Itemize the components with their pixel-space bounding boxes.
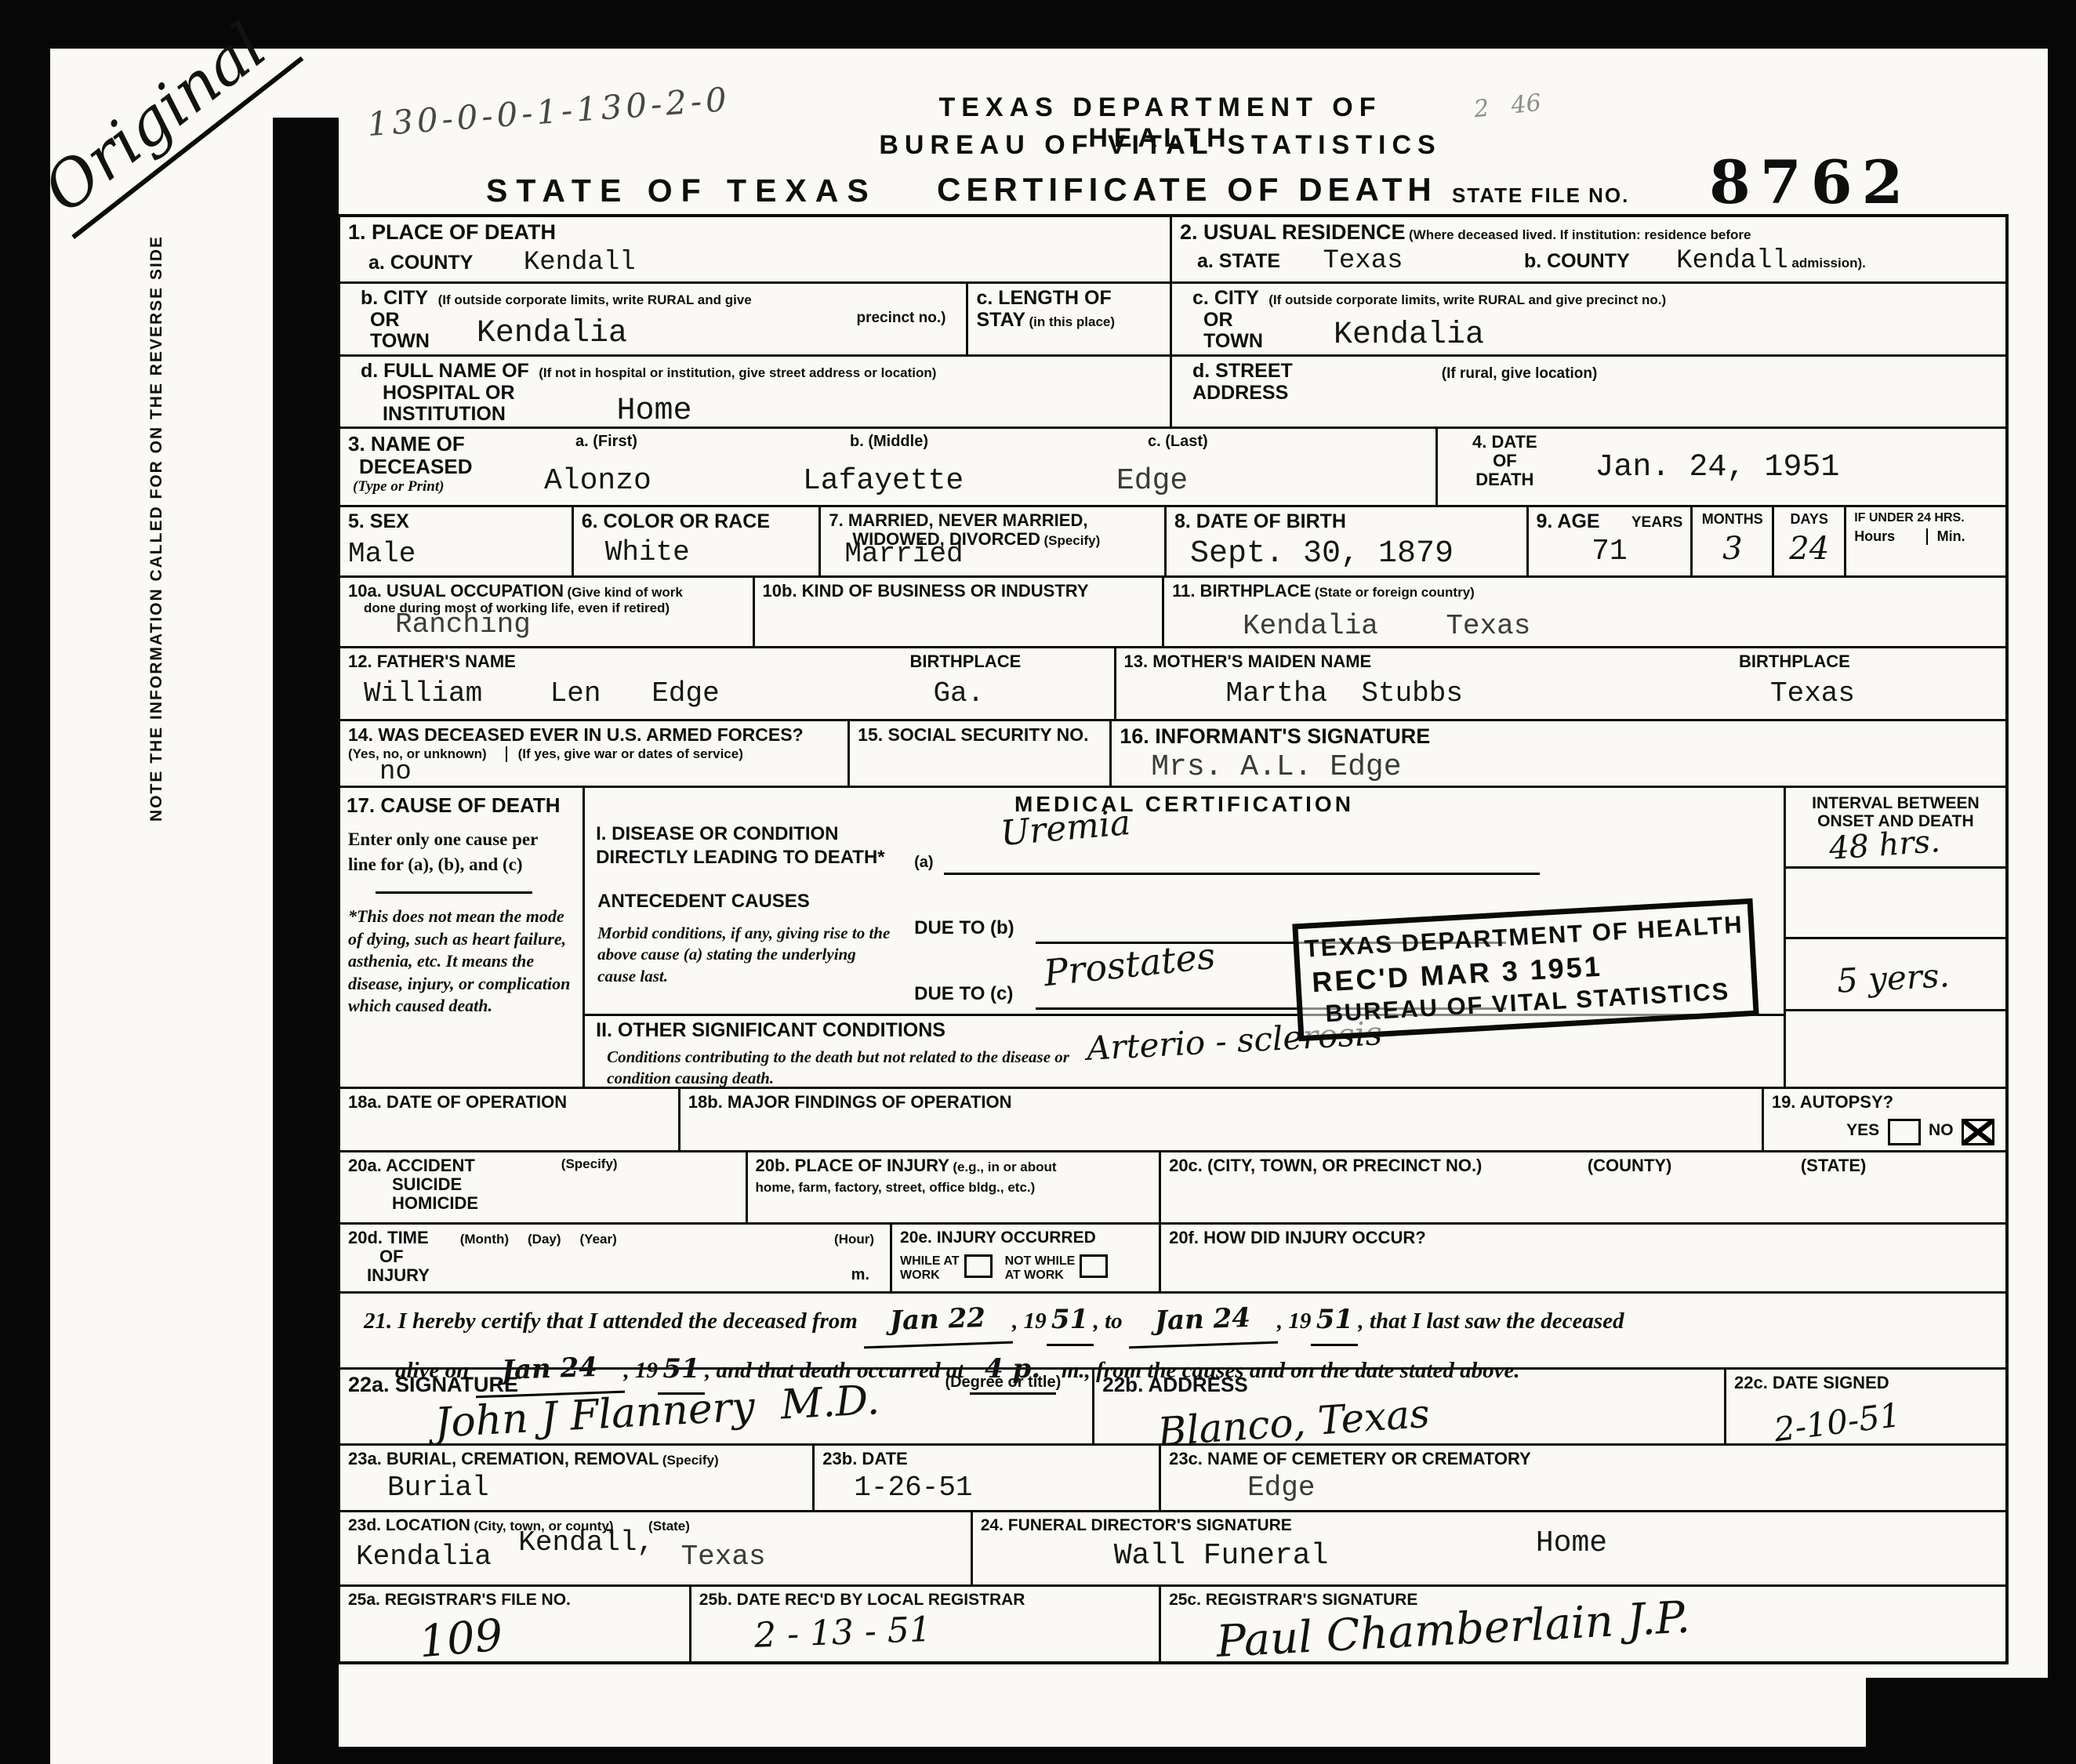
field-registrar-file-no: 25a. REGISTRAR'S FILE NO. 109 <box>340 1587 689 1661</box>
day-hint: (Day) <box>528 1232 561 1247</box>
last-name-label: c. (Last) <box>1148 433 1428 451</box>
field-street-address: d. STREET ADDRESS (If rural, give locati… <box>1170 357 2005 426</box>
date-signed-value: 2-10-51 <box>1772 1384 1999 1449</box>
race-value: White <box>605 536 811 568</box>
sex-label: 5. SEX <box>348 510 409 532</box>
hospital-label2: HOSPITAL OR <box>383 383 515 405</box>
scanned-death-certificate: Original NOTE THE INFORMATION CALLED FOR… <box>0 0 2076 1764</box>
field-occupation: 10a. USUAL OCCUPATION (Give kind of work… <box>340 578 753 646</box>
field-age-months: MONTHS 3 <box>1690 507 1772 575</box>
name-title2: DECEASED <box>359 456 544 478</box>
field-date-of-birth: 8. DATE OF BIRTH Sept. 30, 1879 <box>1164 507 1526 575</box>
field-date-of-operation: 18a. DATE OF OPERATION <box>340 1089 678 1150</box>
armed-forces-hint2: (If yes, give war or dates of service) <box>506 746 743 762</box>
city-hint: (If outside corporate limits, write RURA… <box>438 292 752 307</box>
cause-a-line <box>944 873 1540 875</box>
field-cause-of-death-notes: 17. CAUSE OF DEATH Enter only one cause … <box>340 788 583 1087</box>
header-state-of-texas: STATE OF TEXAS <box>486 172 877 209</box>
field-interval: INTERVAL BETWEEN ONSET AND DEATH 48 hrs.… <box>1784 788 2005 1087</box>
dob-value: Sept. 30, 1879 <box>1190 536 1519 572</box>
film-edge-left <box>0 0 50 1764</box>
cause-note2: *This does not mean the mode of dying, s… <box>348 906 577 1018</box>
hospital-label: d. FULL NAME OF <box>361 360 529 382</box>
field-age-days: DAYS 24 <box>1772 507 1844 575</box>
residence-state-value: Texas <box>1323 246 1403 276</box>
father-name-value: William Len Edge <box>364 677 910 710</box>
residence-town-label: TOWN <box>1203 331 1263 353</box>
how-injury-label: 20f. HOW DID INJURY OCCUR? <box>1169 1228 1426 1247</box>
cert-text-3: , to <box>1094 1308 1123 1334</box>
burial-date-label: 23b. DATE <box>822 1449 907 1468</box>
accident-hint: (Specify) <box>561 1156 618 1175</box>
street-label1: d. STREET <box>1192 361 1293 383</box>
field-date-of-death: 4. DATE OF DEATH Jan. 24, 1951 <box>1435 429 2005 505</box>
date-of-operation-label: 18a. DATE OF OPERATION <box>348 1092 567 1112</box>
or-label: OR <box>370 310 430 332</box>
occupation-hint1: (Give kind of work <box>568 585 683 600</box>
funeral-director-value: Wall Funeral <box>1114 1539 1329 1573</box>
armed-forces-label: 14. WAS DECEASED EVER IN U.S. ARMED FORC… <box>348 724 804 745</box>
father-birthplace-value: Ga. <box>934 677 1106 710</box>
field-color-or-race: 6. COLOR OR RACE White <box>572 507 819 575</box>
field-age-years: 9. AGE YEARS 71 <box>1526 507 1691 575</box>
cause-note1b: line for (a), (b), and (c) <box>348 854 574 877</box>
field-date-received: 25b. DATE REC'D BY LOCAL REGISTRAR 2 - 1… <box>689 1587 1159 1661</box>
field-place-of-injury: 20b. PLACE OF INJURY (e.g., in or about … <box>746 1152 1160 1222</box>
field-accident-suicide-homicide: 20a. ACCIDENT (Specify) SUICIDE HOMICIDE <box>340 1152 746 1222</box>
hospital-hint: (If not in hospital or institution, give… <box>539 365 936 380</box>
cert-text-1: 21. I hereby certify that I attended the… <box>364 1308 858 1334</box>
under-24-label: IF UNDER 24 HRS. <box>1854 511 1964 524</box>
funeral-home-value: Home <box>1536 1526 1607 1560</box>
field-usual-residence: 2. USUAL RESIDENCE (Where deceased lived… <box>1170 217 2005 281</box>
cause-a-label: (a) <box>914 854 933 872</box>
age-years-label: YEARS <box>1631 514 1682 533</box>
interval-label1: INTERVAL BETWEEN <box>1786 794 2005 812</box>
location-city-value: Kendalia <box>356 1541 492 1573</box>
hospital-value: Home <box>617 394 692 429</box>
attended-to-year: 51 <box>1311 1297 1358 1346</box>
residence-county-label: b. COUNTY <box>1524 250 1630 272</box>
field-registrar-signature: 25c. REGISTRAR'S SIGNATURE Paul Chamberl… <box>1159 1587 2005 1661</box>
injury-county-label: (COUNTY) <box>1588 1156 1672 1175</box>
field-ssn: 15. SOCIAL SECURITY NO. <box>847 721 1109 786</box>
residence-county-value: Kendall <box>1676 246 1788 276</box>
state-file-number: 8762 <box>1709 147 1913 217</box>
m-label: m. <box>851 1266 869 1285</box>
street-label2: ADDRESS <box>1192 383 1293 405</box>
field-physician-signature: 22a. SIGNATURE (Degree or title) John J … <box>340 1370 1092 1443</box>
town-label: TOWN <box>370 331 430 353</box>
field-how-injury-occurred: 20f. HOW DID INJURY OCCUR? <box>1159 1225 2005 1291</box>
field-length-of-stay: c. LENGTH OF STAY (in this place) <box>966 284 1170 354</box>
mother-name-value: Martha Stubbs <box>1226 677 1739 710</box>
residence-or-label: OR <box>1203 310 1263 332</box>
at-work-label: AT WORK <box>1005 1269 1076 1283</box>
birthplace-hint: (State or foreign country) <box>1315 585 1475 600</box>
place-of-injury-hint2: home, farm, factory, street, office bldg… <box>756 1180 1152 1196</box>
field-autopsy: 19. AUTOPSY? YES NO <box>1762 1089 2005 1150</box>
other-conditions-note: Conditions contributing to the death but… <box>607 1047 1093 1090</box>
film-edge-right <box>2048 0 2076 1764</box>
father-birthplace-label: BIRTHPLACE <box>910 652 1022 671</box>
major-findings-label: 18b. MAJOR FINDINGS OF OPERATION <box>688 1092 1012 1112</box>
interval-c-value: 5 yers. <box>1836 956 1951 1000</box>
due-to-c-label: DUE TO (c) <box>914 984 1013 1004</box>
signature-label: 22a. SIGNATURE <box>348 1374 518 1397</box>
antecedent-title: ANTECEDENT CAUSES <box>597 891 810 912</box>
name-subtitle: (Type or Print) <box>353 478 444 495</box>
field-armed-forces: 14. WAS DECEASED EVER IN U.S. ARMED FORC… <box>340 721 847 786</box>
field-marital-status: 7. MARRIED, NEVER MARRIED, WIDOWED, DIVO… <box>818 507 1164 575</box>
month-hint: (Month) <box>460 1232 509 1247</box>
industry-label: 10b. KIND OF BUSINESS OR INDUSTRY <box>763 581 1089 601</box>
work-label: WORK <box>900 1269 960 1283</box>
birthplace-value: Kendalia Texas <box>1243 610 1998 642</box>
hour-hint: (Hour) <box>834 1232 874 1247</box>
field-name-of-deceased: 3. NAME OF DECEASED (Type or Print) a. (… <box>340 429 1435 505</box>
age-days-value: 24 <box>1782 531 1836 567</box>
field-industry: 10b. KIND OF BUSINESS OR INDUSTRY <box>753 578 1163 646</box>
age-years-value: 71 <box>1537 535 1683 568</box>
armed-forces-hint1: (Yes, no, or unknown) <box>348 746 487 762</box>
age-months-label: MONTHS <box>1702 511 1763 527</box>
while-at-work-checkbox <box>964 1254 993 1278</box>
stay-label: c. LENGTH OF <box>976 287 1111 309</box>
while-at-label: WHILE AT <box>900 1254 960 1269</box>
field-funeral-director: 24. FUNERAL DIRECTOR'S SIGNATURE Wall Fu… <box>971 1512 2005 1584</box>
autopsy-no-checkbox <box>1962 1119 1994 1145</box>
age-days-label: DAYS <box>1791 511 1828 527</box>
field-hospital: d. FULL NAME OF (If not in hospital or i… <box>340 357 1170 426</box>
autopsy-yes-label: YES <box>1846 1121 1879 1139</box>
first-name-value: Alonzo <box>544 464 803 498</box>
disease-label2: DIRECTLY LEADING TO DEATH* <box>596 848 884 868</box>
informant-label: 16. INFORMANT'S SIGNATURE <box>1120 724 1430 748</box>
cert-text-4: , 19 <box>1277 1308 1312 1334</box>
header-bureau: BUREAU OF VITAL STATISTICS <box>878 130 1443 161</box>
hours-label: Hours <box>1854 528 1925 545</box>
county-label: a. COUNTY <box>368 252 473 274</box>
date-received-label: 25b. DATE REC'D BY LOCAL REGISTRAR <box>699 1591 1025 1609</box>
place-of-injury-hint1: (e.g., in or about <box>953 1160 1056 1174</box>
cert-text-2: , 19 <box>1012 1308 1047 1334</box>
residence-state-label: a. STATE <box>1197 250 1280 272</box>
field-mother: 13. MOTHER'S MAIDEN NAME Martha Stubbs B… <box>1114 648 2005 719</box>
other-conditions-title: II. OTHER SIGNIFICANT CONDITIONS <box>596 1020 945 1042</box>
field-injury-location: 20c. (CITY, TOWN, OR PRECINCT NO.) (COUN… <box>1159 1152 2005 1222</box>
name-title1: 3. NAME OF <box>348 433 544 456</box>
residence-city-value: Kendalia <box>1334 318 1484 353</box>
attended-from-date: Jan 22 <box>862 1294 1013 1348</box>
cert-text-5: , that I last saw the deceased <box>1358 1308 1624 1334</box>
residence-city-label: c. CITY <box>1192 287 1259 309</box>
city-value: Kendalia <box>477 316 627 351</box>
not-while-at-work-checkbox <box>1080 1254 1108 1278</box>
disease-label1: I. DISEASE OR CONDITION <box>596 824 838 844</box>
cemetery-value: Edge <box>1247 1472 1998 1504</box>
last-name-value: Edge <box>1116 464 1428 498</box>
field-cemetery: 23c. NAME OF CEMETERY OR CREMATORY Edge <box>1159 1446 2005 1510</box>
ssn-label: 15. SOCIAL SECURITY NO. <box>858 724 1088 745</box>
attended-to-date: Jan 24 <box>1127 1294 1278 1348</box>
location-state-value: Texas <box>681 1541 766 1573</box>
location-label: 23d. LOCATION <box>348 1516 470 1534</box>
burial-hint: (Specify) <box>662 1453 719 1468</box>
place-of-injury-label: 20b. PLACE OF INJURY <box>756 1156 949 1175</box>
residence-city-hint: (If outside corporate limits, write RURA… <box>1268 292 1666 307</box>
usual-residence-title: 2. USUAL RESIDENCE <box>1180 220 1406 244</box>
field-sex: 5. SEX Male <box>340 507 572 575</box>
birthplace-label: 11. BIRTHPLACE <box>1172 581 1311 601</box>
county-value: Kendall <box>524 248 636 278</box>
injury-state-label: (STATE) <box>1801 1156 1867 1175</box>
burial-label: 23a. BURIAL, CREMATION, REMOVAL <box>348 1449 659 1468</box>
dod-label1: 4. DATE <box>1446 433 1563 452</box>
header-certificate-of-death: CERTIFICATE OF DEATH <box>937 171 1437 209</box>
city-hint2: precinct no.) <box>856 310 945 327</box>
field-place-of-death: 1. PLACE OF DEATH a. COUNTY Kendall <box>340 217 1170 281</box>
place-of-death-title: 1. PLACE OF DEATH <box>348 220 556 244</box>
injury-city-label: 20c. (CITY, TOWN, OR PRECINCT NO.) <box>1169 1156 1482 1175</box>
registrar-signature-label: 25c. REGISTRAR'S SIGNATURE <box>1169 1591 1417 1609</box>
homicide-label: HOMICIDE <box>392 1194 738 1213</box>
cause-of-death-title: 17. CAUSE OF DEATH <box>347 793 561 817</box>
cause-note-divider <box>376 891 532 894</box>
antecedent-note: Morbid conditions, if any, giving rise t… <box>597 923 895 987</box>
dob-label: 8. DATE OF BIRTH <box>1174 510 1346 532</box>
due-to-b-label: DUE TO (b) <box>914 918 1014 938</box>
middle-name-label: b. (Middle) <box>850 433 1116 451</box>
registrar-signature-value: Paul Chamberlain J.P. <box>1215 1576 1998 1668</box>
film-edge-bottom <box>274 1747 2076 1764</box>
marital-hint: (Specify) <box>1043 533 1100 548</box>
stay-hint: (in this place) <box>1029 314 1115 329</box>
field-city-of-death: b. CITY (If outside corporate limits, wr… <box>340 284 966 354</box>
date-of-death-value: Jan. 24, 1951 <box>1595 450 1839 501</box>
min-label: Min. <box>1926 528 1965 545</box>
burial-value: Burial <box>387 1472 804 1504</box>
location-state-hint: (State) <box>648 1519 690 1534</box>
field-burial-date: 23b. DATE 1-26-51 <box>812 1446 1159 1510</box>
cause-note1a: Enter only one cause per <box>348 829 574 851</box>
funeral-director-label: 24. FUNERAL DIRECTOR'S SIGNATURE <box>981 1516 1292 1534</box>
mother-birthplace-value: Texas <box>1770 677 1998 710</box>
field-major-findings: 18b. MAJOR FINDINGS OF OPERATION <box>678 1089 1762 1150</box>
father-name-label: 12. FATHER'S NAME <box>348 652 516 671</box>
film-corner-bottom-right <box>1866 1678 2076 1764</box>
first-name-label: a. (First) <box>575 433 803 451</box>
interval-line1 <box>1786 866 2005 869</box>
time-of-injury-label1: 20d. TIME <box>348 1229 429 1247</box>
interval-line2 <box>1786 937 2005 939</box>
injury-occurred-label: 20e. INJURY OCCURRED <box>900 1229 1096 1247</box>
suicide-label: SUICIDE <box>392 1175 738 1194</box>
field-age-under-24: IF UNDER 24 HRS. Hours Min. <box>1844 507 2005 575</box>
location-county-value: Kendall, <box>518 1526 654 1559</box>
stay-label2: STAY <box>976 309 1025 331</box>
autopsy-no-label: NO <box>1929 1121 1954 1139</box>
field-father: 12. FATHER'S NAME William Len Edge BIRTH… <box>340 648 1114 719</box>
time-of-injury-label3: INJURY <box>367 1266 430 1285</box>
address-label: 22b. ADDRESS <box>1102 1373 1247 1396</box>
film-edge-top <box>0 0 2076 49</box>
field-injury-occurred: 20e. INJURY OCCURRED WHILE AT WORK NOT W… <box>890 1225 1159 1291</box>
page-fold-shadow <box>273 118 339 1764</box>
date-signed-label: 22c. DATE SIGNED <box>1734 1373 1889 1392</box>
time-of-injury-label2: OF <box>379 1247 882 1266</box>
field-residence-city: c. CITY (If outside corporate limits, wr… <box>1170 284 2005 354</box>
age-label: 9. AGE <box>1537 511 1600 533</box>
field-physician-address: 22b. ADDRESS Blanco, Texas <box>1092 1370 1724 1443</box>
not-while-label: NOT WHILE <box>1005 1254 1076 1269</box>
state-file-no-label: STATE FILE NO. <box>1452 183 1629 208</box>
field-date-signed: 22c. DATE SIGNED 2-10-51 <box>1724 1370 2005 1443</box>
race-label: 6. COLOR OR RACE <box>582 510 770 532</box>
field-time-of-injury: 20d. TIME (Month) (Day) (Year) (Hour) OF… <box>340 1225 890 1291</box>
accident-label: 20a. ACCIDENT <box>348 1156 475 1175</box>
dod-label2: OF <box>1446 452 1563 470</box>
street-hint: (If rural, give location) <box>1442 365 1597 404</box>
field-burial: 23a. BURIAL, CREMATION, REMOVAL (Specify… <box>340 1446 812 1510</box>
age-months-value: 3 <box>1700 531 1764 567</box>
usual-residence-hint: (Where deceased lived. If institution: r… <box>1409 227 1751 242</box>
attended-from-year: 51 <box>1047 1297 1094 1346</box>
field-burial-location: 23d. LOCATION (City, town, or county) (S… <box>340 1512 971 1584</box>
sex-value: Male <box>348 538 564 570</box>
mother-name-label: 13. MOTHER'S MAIDEN NAME <box>1124 652 1372 671</box>
field-informant: 16. INFORMANT'S SIGNATURE Mrs. A.L. Edge <box>1109 721 2005 786</box>
field-birthplace: 11. BIRTHPLACE (State or foreign country… <box>1162 578 2005 646</box>
occupation-label: 10a. USUAL OCCUPATION <box>348 581 564 601</box>
year-hint: (Year) <box>580 1232 617 1247</box>
interval-line3 <box>1786 1009 2005 1011</box>
cemetery-label: 23c. NAME OF CEMETERY OR CREMATORY <box>1169 1449 1531 1468</box>
middle-name-value: Lafayette <box>803 464 1116 498</box>
usual-residence-hint2: admission). <box>1791 256 1865 270</box>
city-label: b. CITY <box>361 287 428 309</box>
burial-date-value: 1-26-51 <box>854 1472 1151 1504</box>
date-received-value: 2 - 13 - 51 <box>753 1602 1152 1656</box>
mother-birthplace-label: BIRTHPLACE <box>1739 652 1850 671</box>
dod-label3: DEATH <box>1446 470 1563 489</box>
field-certification-statement: 21. I hereby certify that I attended the… <box>340 1294 2005 1367</box>
marital-label1: 7. MARRIED, NEVER MARRIED, <box>829 510 1087 530</box>
hospital-label3: INSTITUTION <box>383 404 515 426</box>
autopsy-yes-checkbox <box>1888 1119 1921 1145</box>
reverse-side-margin-note: NOTE THE INFORMATION CALLED FOR ON THE R… <box>147 235 166 822</box>
interval-a-value: 48 hrs. <box>1827 823 1941 867</box>
certificate-form: 1. PLACE OF DEATH a. COUNTY Kendall 2. U… <box>337 214 2009 1664</box>
autopsy-label: 19. AUTOPSY? <box>1772 1092 1893 1112</box>
informant-value: Mrs. A.L. Edge <box>1151 750 1998 784</box>
